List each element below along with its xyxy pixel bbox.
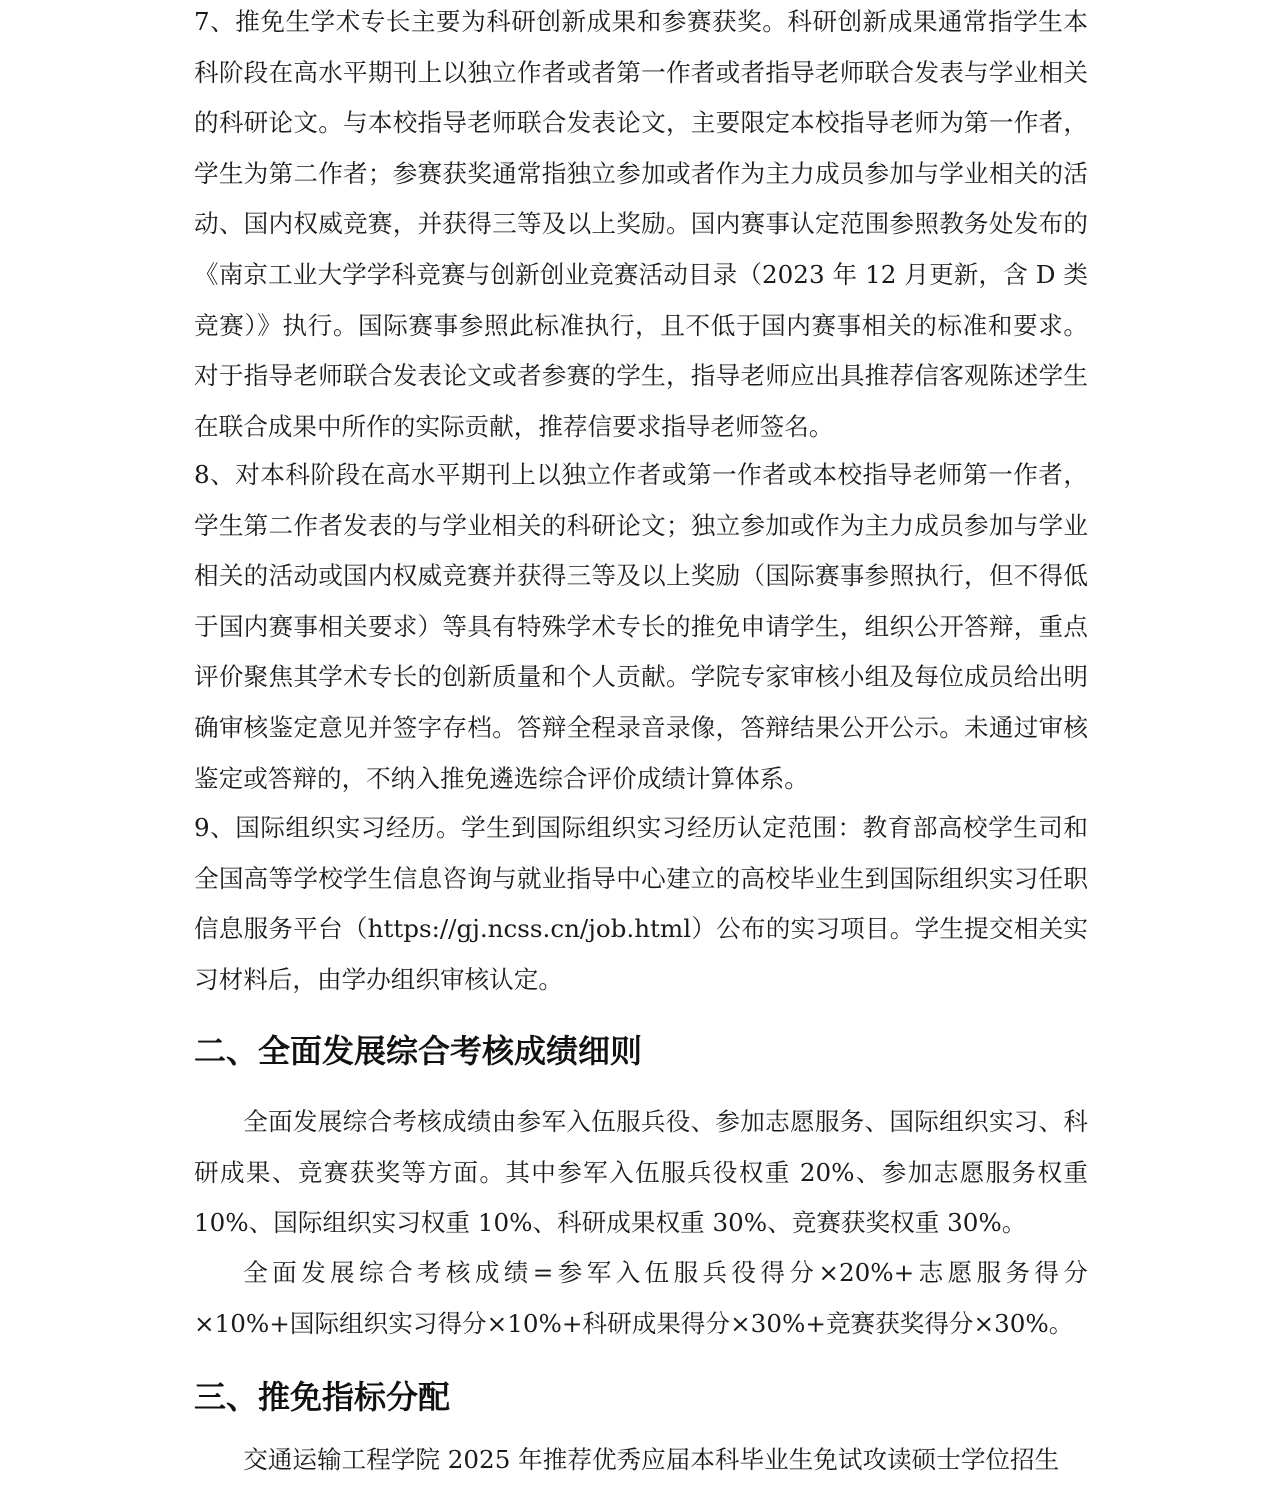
list-item-7: 7、推免生学术专长主要为科研创新成果和参赛获奖。科研创新成果通常指学生本科阶段在…: [194, 0, 1088, 452]
item-number: 9、: [194, 813, 235, 842]
section-2-paragraph-1: 全面发展综合考核成绩由参军入伍服兵役、参加志愿服务、国际组织实习、科研成果、竞赛…: [194, 1097, 1088, 1249]
section-heading-3: 三、推免指标分配: [194, 1377, 450, 1417]
section-2-formula-paragraph: 全面发展综合考核成绩=参军入伍服兵役得分×20%+志愿服务得分×10%+国际组织…: [194, 1248, 1088, 1349]
item-number: 8、: [194, 460, 235, 489]
item-text: 对本科阶段在高水平期刊上以独立作者或第一作者或本校指导老师第一作者，学生第二作者…: [194, 460, 1088, 793]
section-heading-2: 二、全面发展综合考核成绩细则: [194, 1031, 642, 1071]
item-number: 7、: [194, 7, 235, 36]
list-item-9: 9、国际组织实习经历。学生到国际组织实习经历认定范围：教育部高校学生司和全国高等…: [194, 803, 1088, 1005]
item-text: 推免生学术专长主要为科研创新成果和参赛获奖。科研创新成果通常指学生本科阶段在高水…: [194, 7, 1088, 441]
item-text: 国际组织实习经历。学生到国际组织实习经历认定范围：教育部高校学生司和全国高等学校…: [194, 813, 1088, 994]
section-3-paragraph-1: 交通运输工程学院 2025 年推荐优秀应届本科毕业生免试攻读硕士学位招生: [194, 1435, 1088, 1486]
list-item-8: 8、对本科阶段在高水平期刊上以独立作者或第一作者或本校指导老师第一作者，学生第二…: [194, 450, 1088, 804]
